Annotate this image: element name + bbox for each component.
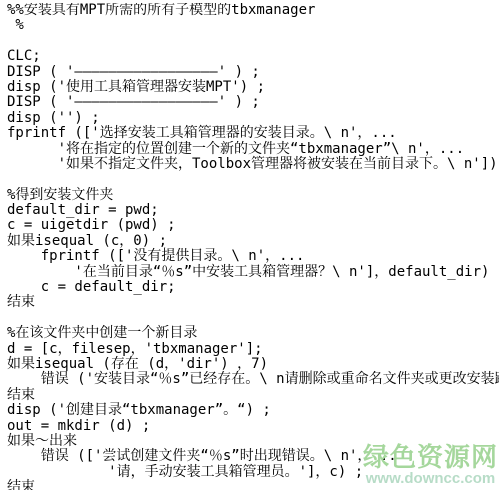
code-line: c = default_dir; [7, 280, 499, 295]
code-line: out = mkdir (d) ; [7, 419, 499, 434]
code-line: disp ('创建目录“tbxmanager”。“) ; [7, 403, 499, 418]
code-line: 错误 (['尝试创建文件夹“％s”时出现错误。\ n'，... [7, 449, 499, 464]
code-line: DISP ( '—————————————————' ) ; [7, 95, 499, 110]
code-line: % [7, 18, 499, 33]
code-line [7, 172, 499, 187]
code-line: '如果不指定文件夹，Toolbox管理器将被安装在当前目录下。\ n']) ; [7, 157, 499, 172]
code-line: fprintf (['没有提供目录。\ n'，... [7, 249, 499, 264]
code-line: CLC; [7, 49, 499, 64]
code-line: default_dir = pwd; [7, 203, 499, 218]
code-line: fprintf (['选择安装工具箱管理器的安装目录。\ n'，... [7, 126, 499, 141]
code-line: c = uigetdir (pwd) ; [7, 218, 499, 233]
code-line: 结束 [7, 388, 499, 403]
code-line: %得到安装文件夹 [7, 188, 499, 203]
code-line: 如果isequal (c，0) ; [7, 234, 499, 249]
code-listing: %%安装具有MPT所需的所有子模型的tbxmanager % CLC; DISP… [7, 3, 499, 490]
code-line: '在当前目录“％s”中安装工具箱管理器？\ n']，default_dir) ; [7, 265, 499, 280]
code-line: 错误 ('安装目录“％s”已经存在。\ n请删除或重命名文件夹或更改安装路径。 [7, 372, 499, 387]
code-line [7, 311, 499, 326]
code-line: %%安装具有MPT所需的所有子模型的tbxmanager [7, 3, 499, 18]
code-line: disp ('使用工具箱管理器安装MPT') ; [7, 80, 499, 95]
code-line: 结束 [7, 480, 499, 490]
code-line: '将在指定的位置创建一个新的文件夹“tbxmanager”\ n'，... [7, 142, 499, 157]
code-line: '请，手动安装工具箱管理员。']，c) ; [7, 465, 499, 480]
code-line [7, 34, 499, 49]
code-line: d = [c，filesep，'tbxmanager']; [7, 342, 499, 357]
code-line: disp ('') ; [7, 111, 499, 126]
code-line: %在该文件夹中创建一个新目录 [7, 326, 499, 341]
code-line: DISP ( '—————————————————' ) ; [7, 65, 499, 80]
code-line: 结束 [7, 295, 499, 310]
